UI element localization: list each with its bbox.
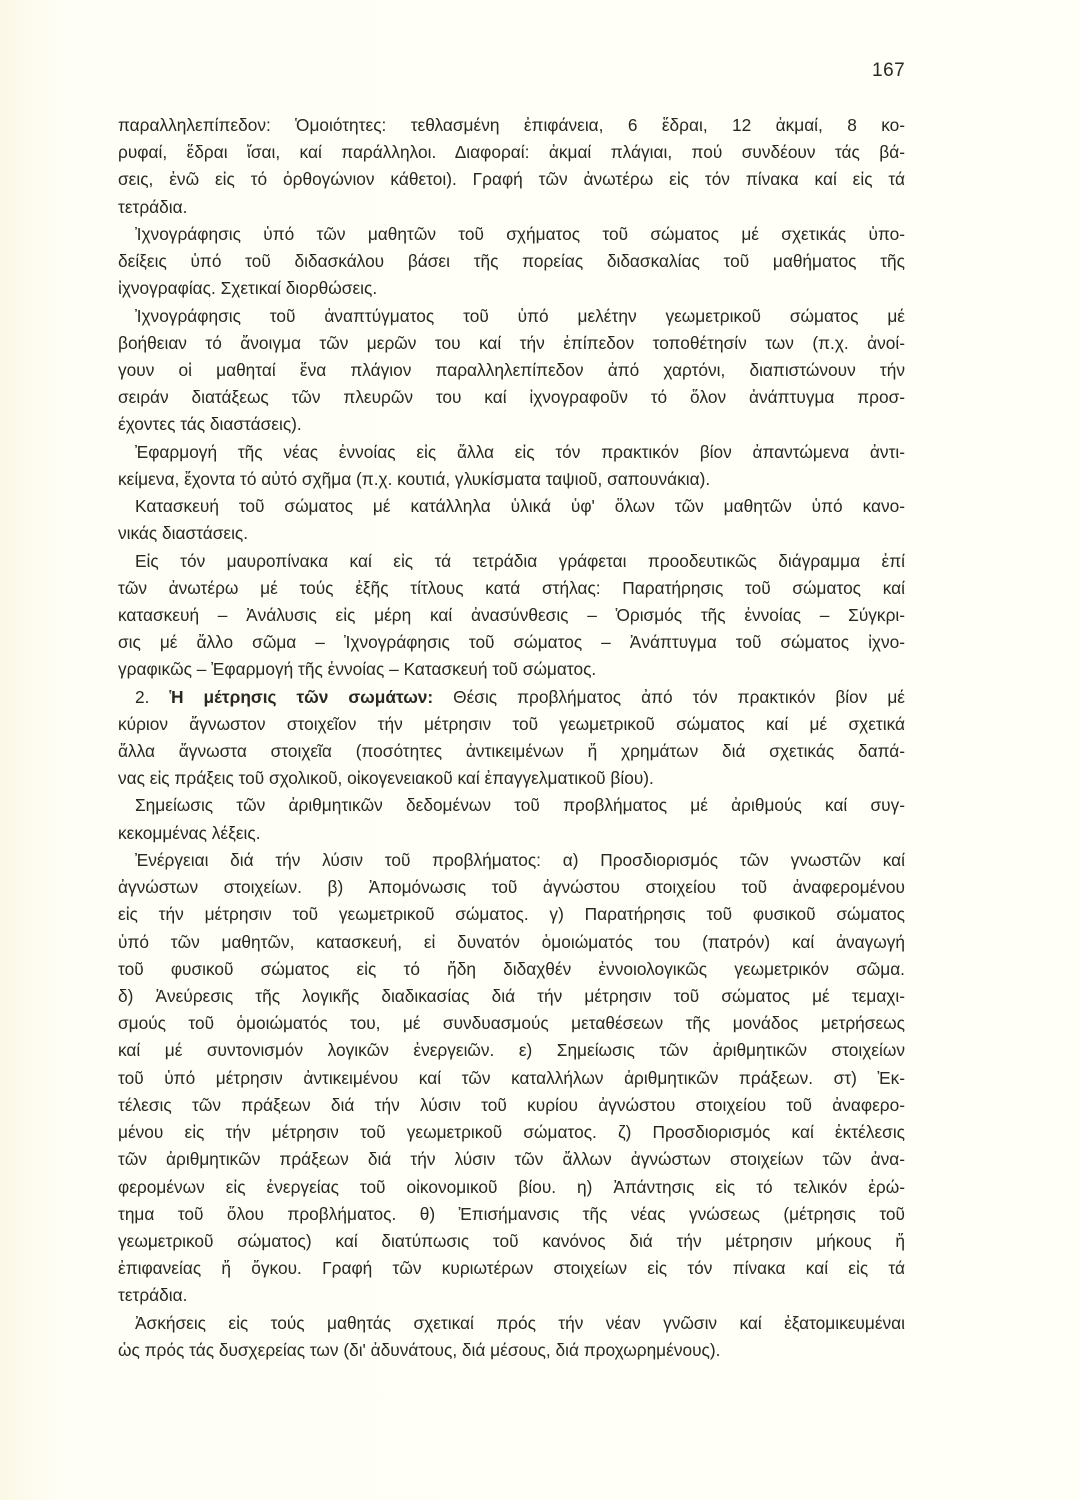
text-line: φερομένων εἰς ἐνεργείας τοῦ οἰκονομικοῦ … [118,1174,905,1201]
text-line: τετράδια. [118,1282,905,1309]
text-line: Ἐνέργειαι διά τήν λύσιν τοῦ προβλήματος:… [118,847,905,874]
text-line: δείξεις ὑπό τοῦ διδασκάλου βάσει τῆς πορ… [118,248,905,275]
text-line: μένου εἰς τήν μέτρησιν τοῦ γεωμετρικοῦ σ… [118,1119,905,1146]
text-line: τοῦ φυσικοῦ σώματος εἰς τό ἤδη διδαχθέν … [118,956,905,983]
text-line: κεκομμένας λέξεις. [118,820,905,847]
text-line: ρυφαί, ἕδραι ἴσαι, καί παράλληλοι. Διαφο… [118,139,905,166]
text-line: τέλεσις τῶν πράξεων διά τήν λύσιν τοῦ κυ… [118,1092,905,1119]
text-line: Ἰχνογράφησις ὑπό τῶν μαθητῶν τοῦ σχήματο… [118,221,905,248]
text-line: σμούς τοῦ ὁμοιώματός του, μέ συνδυασμούς… [118,1010,905,1037]
text-line: ἀγνώστων στοιχείων. β) Ἀπομόνωσις τοῦ ἀγ… [118,874,905,901]
text-line: γουν οἱ μαθηταί ἕνα πλάγιον παραλληλεπίπ… [118,357,905,384]
text-line: παραλληλεπίπεδον: Ὁμοιότητες: τεθλασμένη… [118,112,905,139]
paragraph: Ἐνέργειαι διά τήν λύσιν τοῦ προβλήματος:… [118,847,905,1310]
text-line: ἰχνογραφίας. Σχετικαί διορθώσεις. [118,275,905,302]
text-line: σεις, ἐνῶ εἰς τό ὀρθογώνιον κάθετοι). Γρ… [118,166,905,193]
text-line: Ἀσκήσεις εἰς τούς μαθητάς σχετικαί πρός … [118,1310,905,1337]
text-line: καί μέ συντονισμόν λογικῶν ἐνεργειῶν. ε)… [118,1037,905,1064]
text-line: ὑπό τῶν μαθητῶν, κατασκευή, εἰ δυνατόν ὁ… [118,929,905,956]
text-line: κατασκευή – Ἀνάλυσις εἰς μέρη καί ἀνασύν… [118,602,905,629]
text-line: Σημείωσις τῶν ἀριθμητικῶν δεδομένων τοῦ … [118,792,905,819]
paragraph: Ἰχνογράφησις τοῦ ἀναπτύγματος τοῦ ὑπό με… [118,303,905,439]
text-line: Εἰς τόν μαυροπίνακα καί εἰς τά τετράδια … [118,548,905,575]
text-line: γεωμετρικοῦ σώματος) καί διατύπωσις τοῦ … [118,1228,905,1255]
text-line: νας εἰς πράξεις τοῦ σχολικοῦ, οἰκογενεια… [118,765,905,792]
paragraph: Κατασκευή τοῦ σώματος μέ κατάλληλα ὑλικά… [118,493,905,547]
text-line: ἄλλα ἄγνωστα στοιχεῖα (ποσότητες ἀντικει… [118,738,905,765]
section-heading: Ἡ μέτρησις τῶν σωμάτων: [169,687,433,707]
paragraph: Ἰχνογράφησις ὑπό τῶν μαθητῶν τοῦ σχήματο… [118,221,905,303]
text-line: σειράν διατάξεως τῶν πλευρῶν του καί ἰχν… [118,384,905,411]
section-measurement: 2. Ἡ μέτρησις τῶν σωμάτων: Θέσις προβλήμ… [118,684,905,793]
text-line: βοήθειαν τό ἄνοιγμα τῶν μερῶν του καί τή… [118,330,905,357]
paragraph: Εἰς τόν μαυροπίνακα καί εἰς τά τετράδια … [118,548,905,684]
text-line: έχοντες τάς διαστάσεις). [118,411,905,438]
text-line: γραφικῶς – Ἐφαρμογή τῆς ἐννοίας – Κατασκ… [118,656,905,683]
text-line: τημα τοῦ ὅλου προβλήματος. θ) Ἐπισήμανσι… [118,1201,905,1228]
text-line: κείμενα, ἔχοντα τό αὐτό σχῆμα (π.χ. κουτ… [118,466,905,493]
paragraph: παραλληλεπίπεδον: Ὁμοιότητες: τεθλασμένη… [118,112,905,221]
text-line: νικάς διαστάσεις. [118,520,905,547]
text-line: ἐπιφανείας ἤ ὄγκου. Γραφή τῶν κυριωτέρων… [118,1255,905,1282]
text-line: εἰς τήν μέτρησιν τοῦ γεωμετρικοῦ σώματος… [118,901,905,928]
text-line: Ἰχνογράφησις τοῦ ἀναπτύγματος τοῦ ὑπό με… [118,303,905,330]
page-number: 167 [872,60,905,82]
paragraph: Ἀσκήσεις εἰς τούς μαθητάς σχετικαί πρός … [118,1310,905,1364]
text-line: κύριον ἄγνωστον στοιχεῖον τήν μέτρησιν τ… [118,711,905,738]
text-line: Ἐφαρμογή τῆς νέας ἐννοίας εἰς ἄλλα εἰς τ… [118,439,905,466]
section-number: 2. [135,687,149,707]
section-heading-line: 2. Ἡ μέτρησις τῶν σωμάτων: Θέσις προβλήμ… [118,684,905,711]
text-span: Θέσις προβλήματος ἀπό τόν πρακτικόν βίον… [453,687,905,707]
text-line: τετράδια. [118,194,905,221]
text-line: σις μέ ἄλλο σῶμα – Ἰχνογράφησις τοῦ σώμα… [118,629,905,656]
paragraph: Ἐφαρμογή τῆς νέας ἐννοίας εἰς ἄλλα εἰς τ… [118,439,905,493]
text-line: Κατασκευή τοῦ σώματος μέ κατάλληλα ὑλικά… [118,493,905,520]
text-line: τῶν ἀνωτέρω μέ τούς ἑξῆς τίτλους κατά στ… [118,575,905,602]
body-text: παραλληλεπίπεδον: Ὁμοιότητες: τεθλασμένη… [118,112,905,1364]
text-line: τοῦ ὑπό μέτρησιν ἀντικειμένου καί τῶν κα… [118,1065,905,1092]
paragraph: Σημείωσις τῶν ἀριθμητικῶν δεδομένων τοῦ … [118,792,905,846]
text-line: δ) Ἀνεύρεσις τῆς λογικῆς διαδικασίας διά… [118,983,905,1010]
text-line: ὡς πρός τάς δυσχερείας των (δι' ἀδυνάτου… [118,1337,905,1364]
text-line: τῶν ἀριθμητικῶν πράξεων διά τήν λύσιν τῶ… [118,1146,905,1173]
